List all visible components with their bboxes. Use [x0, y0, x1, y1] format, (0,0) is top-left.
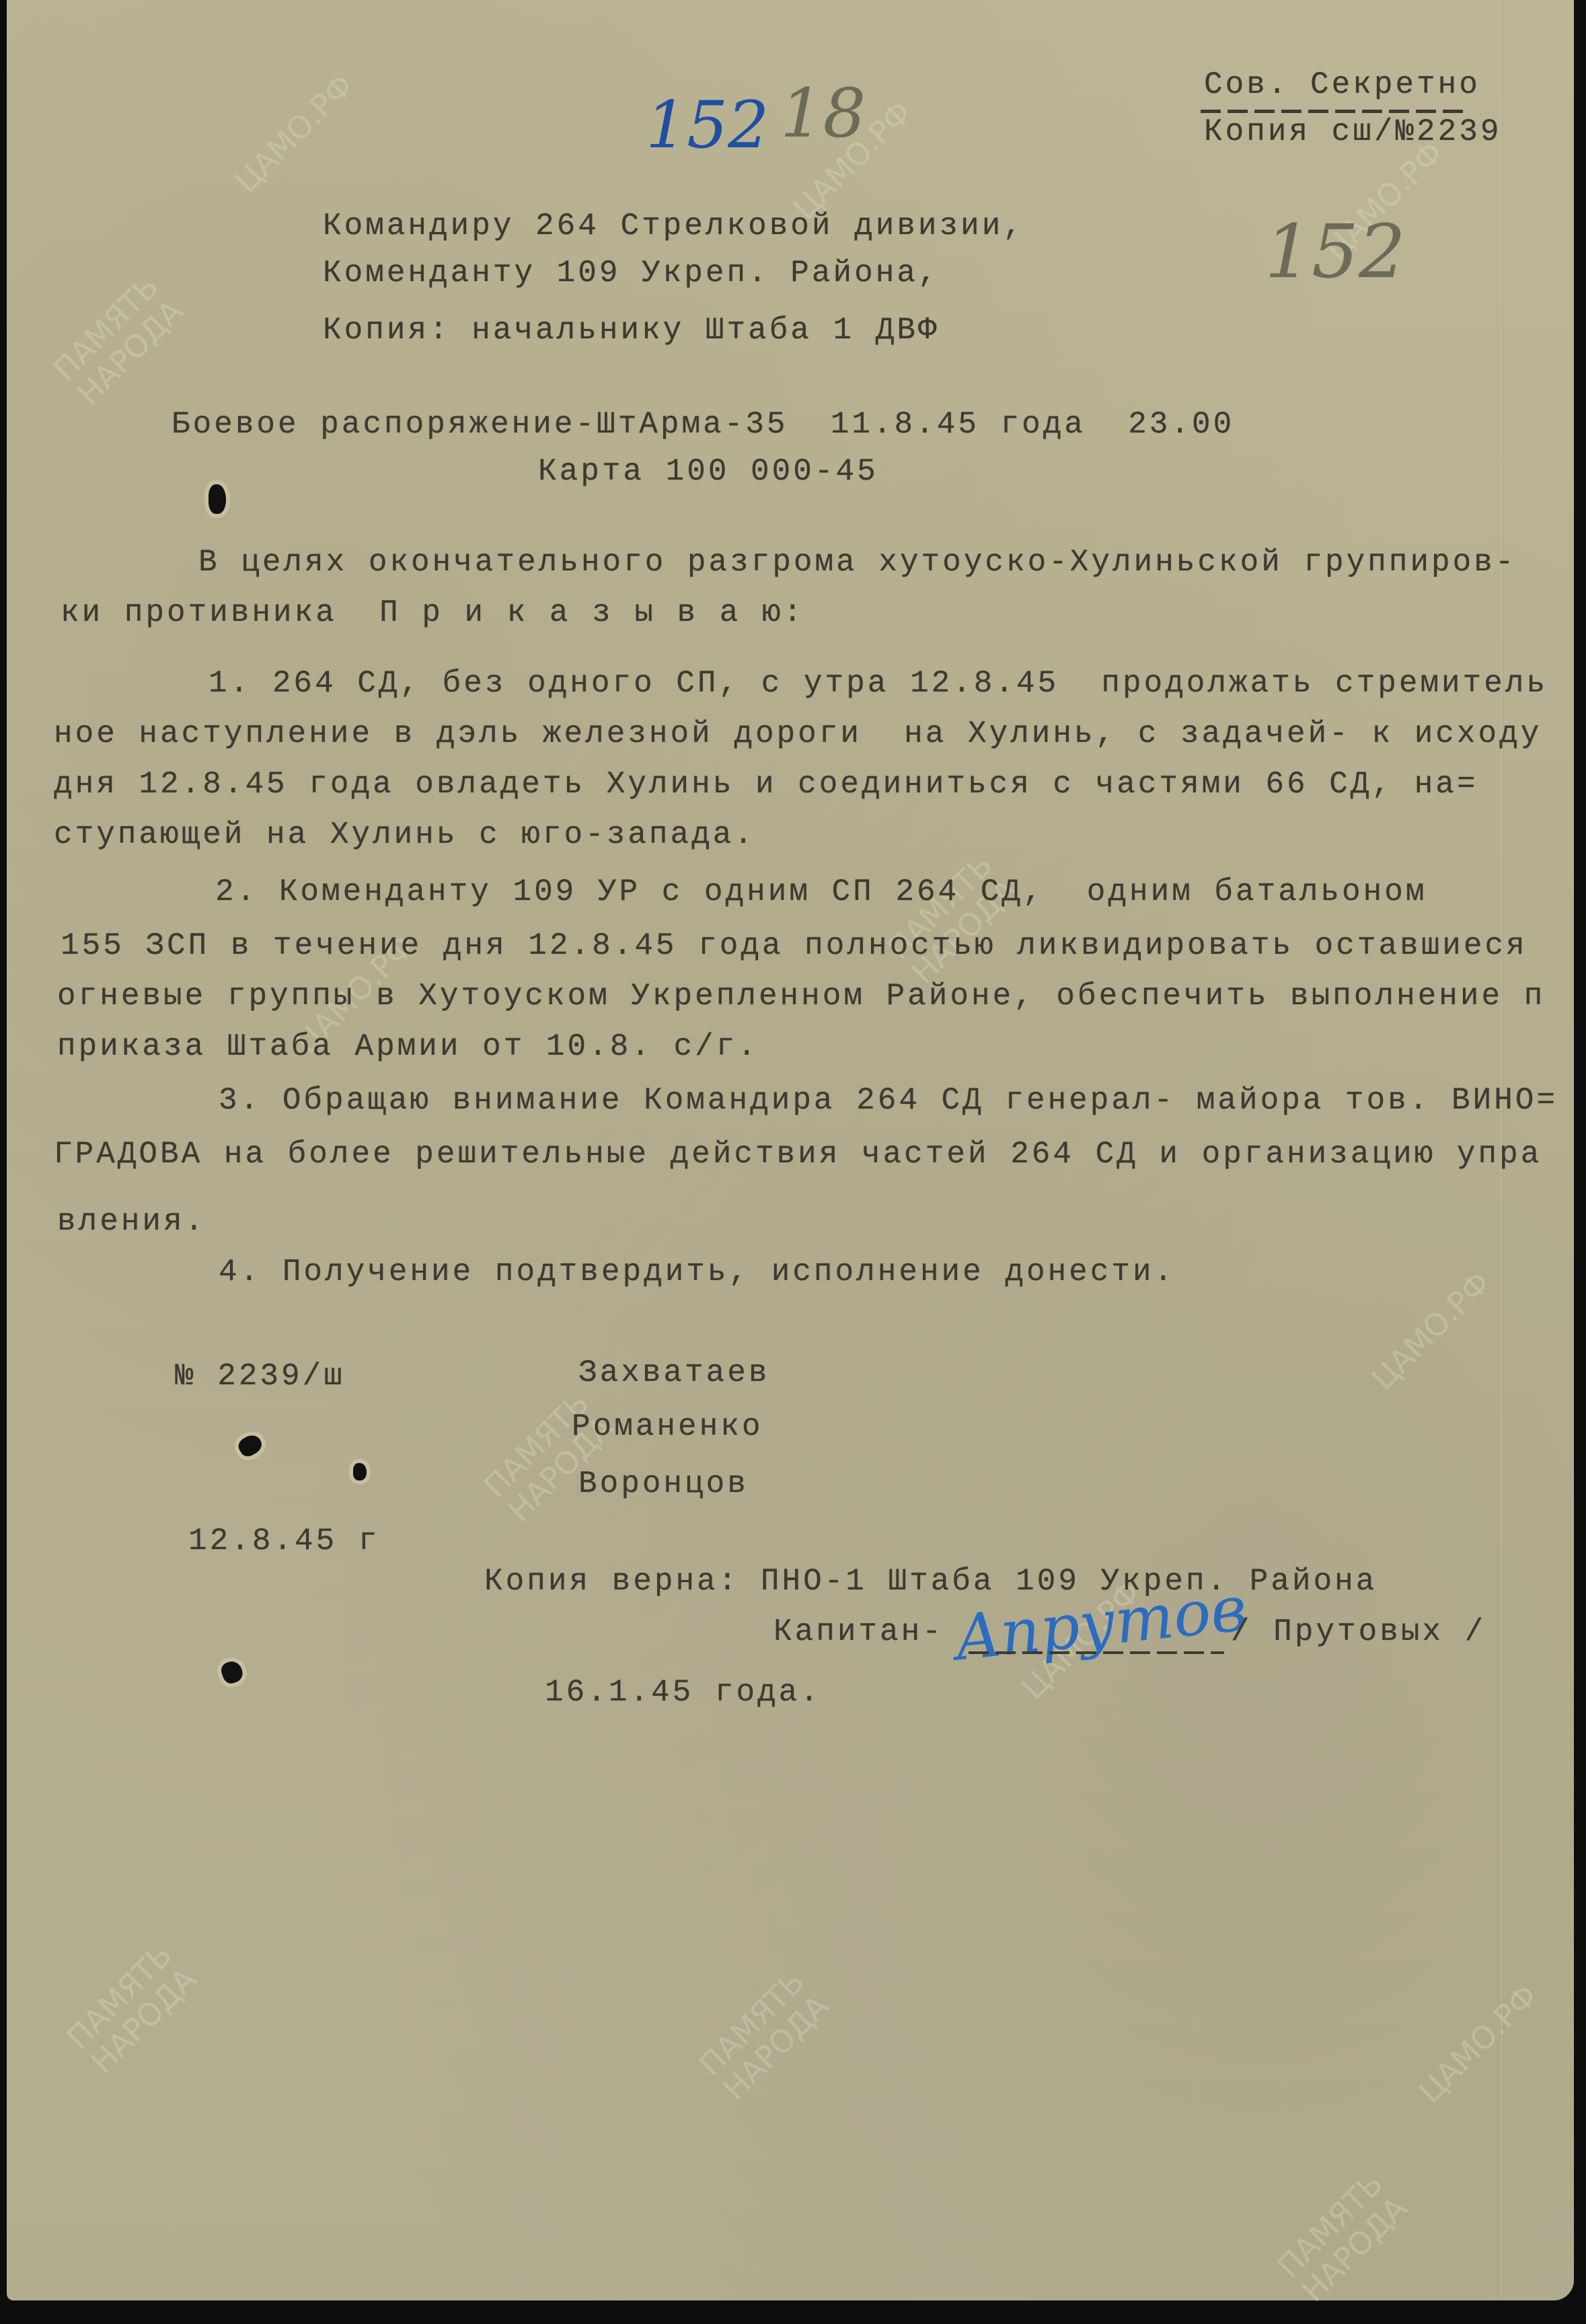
watermark-pamyat-naroda: ПАМЯТЬ НАРОДА	[1271, 2166, 1413, 2308]
watermark-pamyat-naroda: ПАМЯТЬ НАРОДА	[61, 1937, 202, 2079]
watermark-pamyat-naroda: ПАМЯТЬ НАРОДА	[693, 1964, 835, 2106]
copy-number: Копия сш/№2239	[1204, 114, 1501, 149]
addressee-line-3: Копия: начальнику Штаба 1 ДВФ	[323, 313, 940, 348]
paragraph-2-line-4: приказа Штаба Армии от 10.8. с/г.	[57, 1029, 759, 1064]
paragraph-2-line-3: огневые группы в Хутоуском Укрепленном Р…	[57, 979, 1545, 1014]
classification-stamp: Сов. Секретно	[1204, 67, 1480, 102]
certification-rank: Капитан-	[773, 1614, 944, 1649]
watermark-pamyat-naroda: ПАМЯТЬ НАРОДА	[881, 848, 1023, 989]
intro-line-1: В целях окончательного разгрома хутоуско…	[198, 545, 1516, 580]
certification-name: / Прутовых /	[1231, 1614, 1486, 1649]
signatory-3: Воронцов	[578, 1466, 749, 1501]
watermark-pamyat-naroda: ПАМЯТЬ НАРОДА	[47, 269, 189, 411]
watermark-tsamo: ЦАМО.РФ	[1412, 1978, 1544, 2109]
certification-date: 16.1.45 года.	[545, 1675, 821, 1710]
signatory-1: Захватаев	[578, 1355, 769, 1390]
map-reference: Карта 100 000-45	[538, 454, 878, 489]
intro-line-2: ки противника П р и к а з ы в а ю:	[61, 595, 804, 630]
paragraph-1-line-1: 1. 264 СД, без одного СП, с утра 12.8.45…	[209, 666, 1548, 701]
punch-hole	[209, 484, 226, 514]
paragraph-2-line-2: 155 ЗСП в течение дня 12.8.45 года полно…	[61, 928, 1527, 963]
paragraph-1-line-4: ступающей на Хулинь с юго-запада.	[54, 817, 755, 852]
watermark-tsamo: ЦАМО.РФ	[1365, 1265, 1497, 1396]
paragraph-4-line-1: 4. Получение подтвердить, исполнение дон…	[219, 1254, 1175, 1289]
folio-number-blue: 152	[646, 87, 769, 163]
document-number: № 2239/ш	[175, 1359, 345, 1394]
document-page: ЦАМО.РФ ПАМЯТЬ НАРОДА ЦАМО.РФ ЦАМО.РФ ПА…	[7, 0, 1574, 2300]
folio-number-pencil: 18	[780, 74, 866, 153]
footer-date: 12.8.45 г	[188, 1524, 379, 1559]
paragraph-3-line-1: 3. Обращаю внимание Командира 264 СД ген…	[219, 1083, 1558, 1118]
paragraph-3-line-3: вления.	[57, 1204, 206, 1239]
paragraph-1-line-3: дня 12.8.45 года овладеть Хулинь и соеди…	[54, 767, 1478, 802]
paragraph-2-line-1: 2. Коменданту 109 УР с одним СП 264 СД, …	[215, 874, 1427, 909]
addressee-line-1: Командиру 264 Стрелковой дивизии,	[323, 209, 1024, 243]
punch-hole	[235, 1431, 264, 1459]
signature-underline	[969, 1651, 1224, 1654]
watermark-pamyat-naroda: ПАМЯТЬ НАРОДА	[478, 1386, 619, 1528]
watermark-tsamo: ЦАМО.РФ	[229, 68, 360, 199]
signatory-2: Романенко	[572, 1409, 763, 1444]
paragraph-3-line-2: ГРАДОВА на более решительные действия ча…	[54, 1137, 1542, 1172]
punch-hole	[219, 1659, 245, 1686]
punch-hole	[353, 1463, 367, 1480]
classification-underline	[1201, 110, 1470, 113]
order-title: Боевое распоряжение-ШтАрма-35 11.8.45 го…	[172, 407, 1234, 442]
paragraph-1-line-2: ное наступление в дэль железной дороги н…	[54, 716, 1542, 751]
addressee-line-2: Коменданту 109 Укреп. Района,	[323, 256, 940, 291]
folio-number-pencil-right: 152	[1264, 209, 1406, 295]
